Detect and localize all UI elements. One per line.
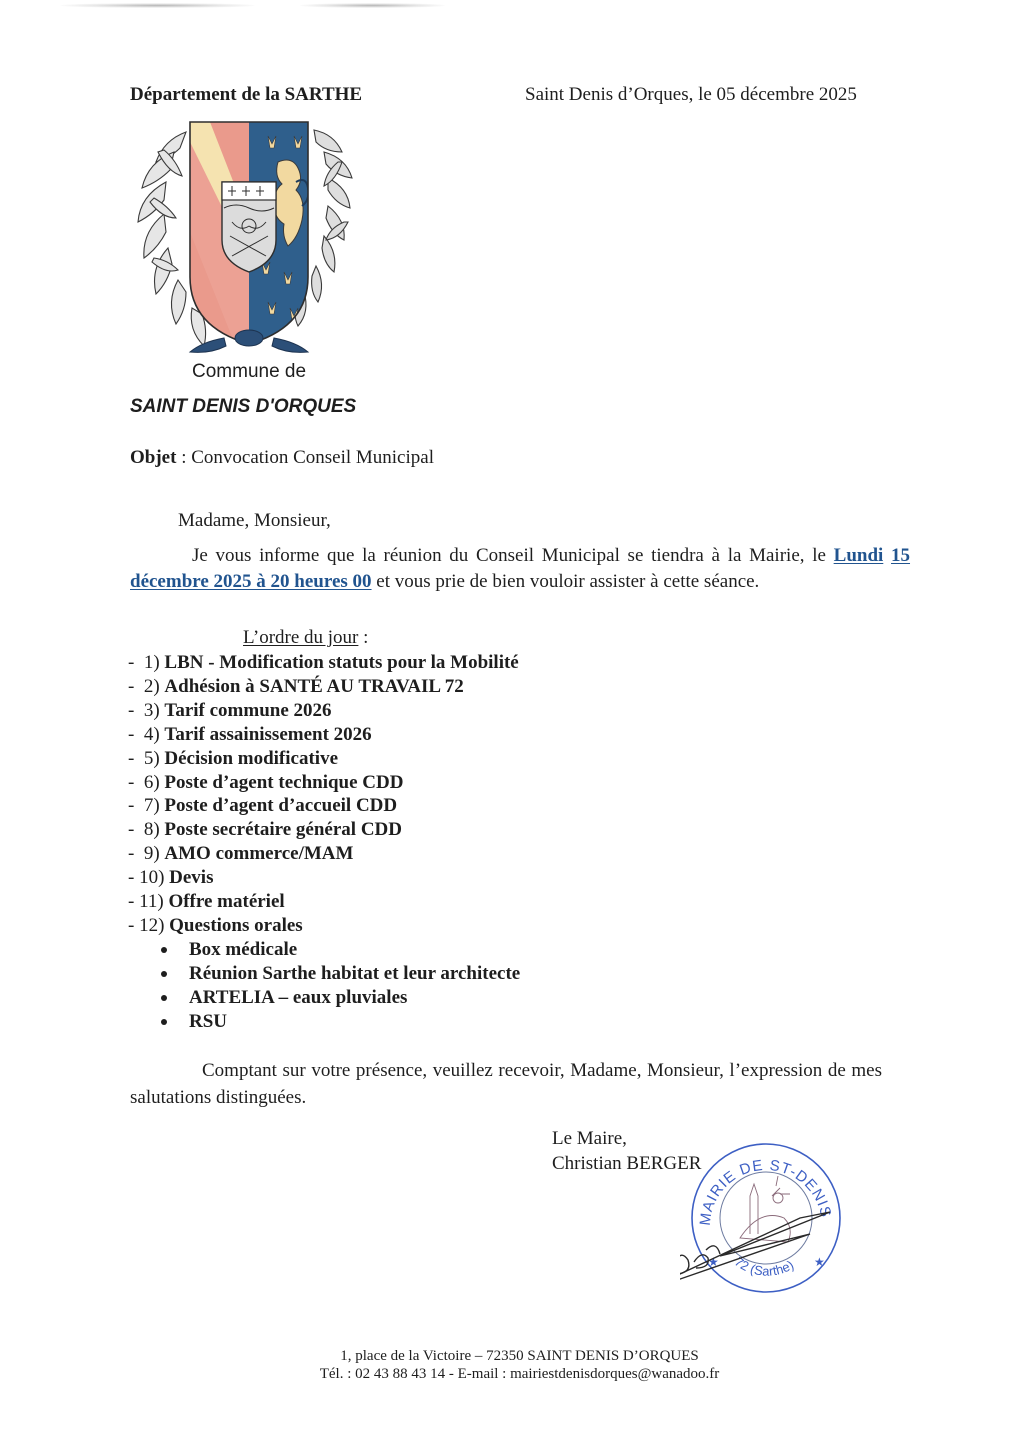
footer-address: 1, place de la Victoire – 72350 SAINT DE… [0, 1347, 1024, 1365]
salutation: Madame, Monsieur, [178, 510, 331, 532]
commune-label: Commune de [192, 361, 306, 383]
signatory-name: Christian BERGER [552, 1151, 701, 1176]
meeting-paragraph: Je vous informe que la réunion du Consei… [130, 543, 910, 595]
coat-of-arms-icon [128, 112, 368, 362]
official-stamp-icon: MAIRIE DE ST-DENIS D'ORQUES 72 (Sarthe) … [680, 1138, 850, 1298]
agenda-item: - 2) Adhésion à SANTÉ AU TRAVAIL 72 [128, 675, 520, 699]
agenda-title-text: L’ordre du jour [243, 627, 358, 648]
bullet-icon [161, 1019, 167, 1025]
agenda-item: - 9) AMO commerce/MAM [128, 842, 520, 866]
scan-edge-shadow [300, 3, 445, 8]
signatory: Le Maire, Christian BERGER [552, 1126, 701, 1176]
agenda-item: - 12) Questions orales [128, 914, 520, 938]
agenda-item: - 11) Offre matériel [128, 890, 520, 914]
agenda-item: - 6) Poste d’agent technique CDD [128, 771, 520, 795]
closing-paragraph: Comptant sur votre présence, veuillez re… [130, 1057, 882, 1111]
bullet-icon [161, 971, 167, 977]
meeting-day: Lundi [834, 545, 884, 566]
agenda-item: - 1) LBN - Modification statuts pour la … [128, 651, 520, 675]
department-heading: Département de la SARTHE [130, 84, 362, 106]
agenda-sub-item: ARTELIA – eaux pluviales [161, 986, 520, 1010]
agenda-sub-item: RSU [161, 1010, 520, 1034]
agenda-title: L’ordre du jour : [243, 627, 368, 649]
signatory-title: Le Maire, [552, 1126, 701, 1151]
agenda-item: - 8) Poste secrétaire général CDD [128, 818, 520, 842]
svg-text:★: ★ [814, 1255, 825, 1269]
agenda-item: - 4) Tarif assainissement 2026 [128, 723, 520, 747]
letter-footer: 1, place de la Victoire – 72350 SAINT DE… [0, 1347, 1024, 1383]
agenda-sub-item: Réunion Sarthe habitat et leur architect… [161, 962, 520, 986]
bullet-icon [161, 947, 167, 953]
footer-contact: Tél. : 02 43 88 43 14 - E-mail : mairies… [0, 1365, 1024, 1383]
subject-line: Objet : Convocation Conseil Municipal [130, 447, 434, 469]
agenda-list: - 1) LBN - Modification statuts pour la … [128, 651, 520, 1034]
subject-value: : Convocation Conseil Municipal [176, 447, 434, 468]
agenda-sub-list: Box médicale Réunion Sarthe habitat et l… [161, 938, 520, 1034]
agenda-item: - 7) Poste d’agent d’accueil CDD [128, 794, 520, 818]
agenda-item: - 10) Devis [128, 866, 520, 890]
intro-end-text: et vous prie de bien vouloir assister à … [372, 571, 760, 592]
scan-edge-shadow [60, 3, 255, 8]
bullet-icon [161, 995, 167, 1001]
subject-label: Objet [130, 447, 176, 468]
intro-text: Je vous informe que la réunion du Consei… [192, 545, 834, 566]
agenda-item: - 5) Décision modificative [128, 747, 520, 771]
place-and-date: Saint Denis d’Orques, le 05 décembre 202… [525, 84, 857, 106]
agenda-sub-item: Box médicale [161, 938, 520, 962]
agenda-item: - 3) Tarif commune 2026 [128, 699, 520, 723]
commune-name: SAINT DENIS D'ORQUES [130, 396, 356, 418]
